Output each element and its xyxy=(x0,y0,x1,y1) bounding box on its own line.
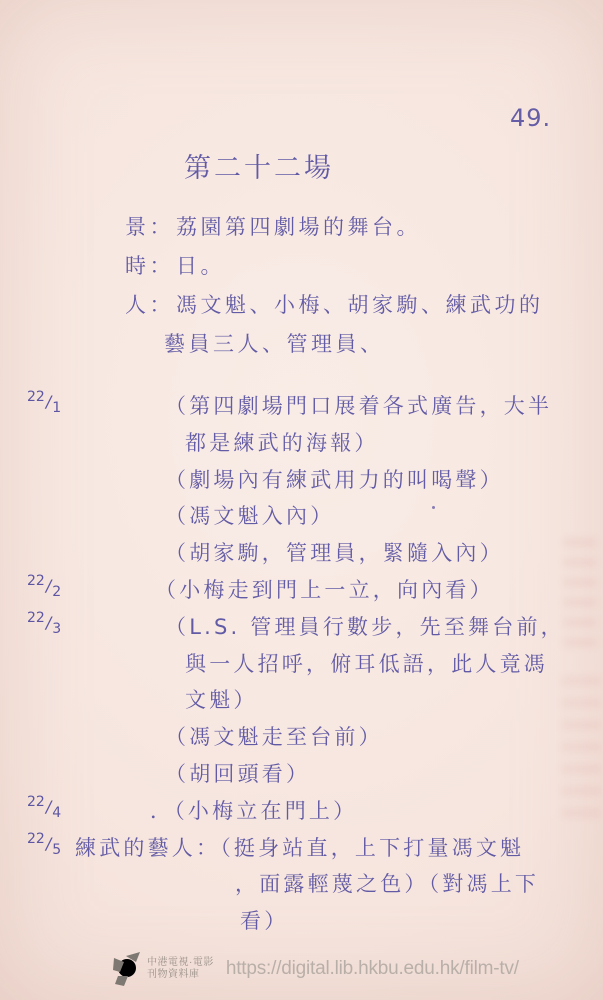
scene-title: 第二十二場 xyxy=(184,146,334,185)
direction-text: （胡家駒，管理員，緊隨入內） xyxy=(165,535,504,572)
scene-meta-line: 人：馮文魁、小梅、胡家駒、練武功的 xyxy=(125,286,573,325)
script-line: 22/2（小梅走到門上一立，向內看） xyxy=(0,572,603,609)
direction-text: 練武的藝人：（挺身站直，上下打量馮文魁 xyxy=(75,830,524,867)
direction-text: 看） xyxy=(240,903,288,940)
scene-directions: 22/1（第四劇場門口展着各式廣告，大半都是練武的海報）（劇場內有練武用力的叫喝… xyxy=(0,388,603,940)
direction-text: 文魁） xyxy=(185,682,258,719)
logo-caption-line1: 中港電視·電影 xyxy=(147,957,214,969)
script-line: 都是練武的海報） xyxy=(0,425,603,462)
meta-text: 日。 xyxy=(176,254,225,278)
shot-number: 22/1 xyxy=(27,379,61,427)
scene-meta-line: 藝員三人、管理員、 xyxy=(164,325,573,364)
shot-number: 22/5 xyxy=(27,821,61,869)
script-line: 22/3（L.S. 管理員行數步，先至舞台前， xyxy=(0,609,603,646)
logo-caption: 中港電視·電影 刊物資料庫 xyxy=(147,957,214,981)
meta-text: 藝員三人、管理員、 xyxy=(164,332,385,356)
shot-number: 22/3 xyxy=(27,600,61,648)
meta-text: 荔園第四劇場的舞台。 xyxy=(176,215,421,239)
logo-caption-line2: 刊物資料庫 xyxy=(147,969,214,981)
script-line: ，面露輕蔑之色）（對馮上下 xyxy=(0,866,603,903)
direction-text: （馮文魁入內） xyxy=(165,498,334,535)
script-page: 49. 第二十二場 景：荔園第四劇場的舞台。時：日。人：馮文魁、小梅、胡家駒、練… xyxy=(0,0,603,1000)
meta-label: 人： xyxy=(125,293,174,317)
script-line: （胡家駒，管理員，緊隨入內） xyxy=(0,535,603,572)
stray-ink-dot xyxy=(432,506,435,509)
script-line: （劇場內有練武用力的叫喝聲） xyxy=(0,462,603,499)
watermark-url: https://digital.lib.hkbu.edu.hk/film-tv/ xyxy=(226,958,519,980)
meta-label: 景： xyxy=(125,215,174,239)
scene-meta: 景：荔園第四劇場的舞台。時：日。人：馮文魁、小梅、胡家駒、練武功的藝員三人、管理… xyxy=(125,208,573,364)
scene-meta-line: 時：日。 xyxy=(125,247,573,286)
direction-text: ，面露輕蔑之色）（對馮上下 xyxy=(235,866,539,903)
direction-text: （小梅走到門上一立，向內看） xyxy=(155,572,494,609)
script-line: 文魁） xyxy=(0,682,603,719)
script-line: 22/4．（小梅立在門上） xyxy=(0,793,603,830)
script-line: 22/1（第四劇場門口展着各式廣告，大半 xyxy=(0,388,603,425)
script-line: （馮文魁走至台前） xyxy=(0,719,603,756)
script-line: （胡回頭看） xyxy=(0,756,603,793)
direction-text: （胡回頭看） xyxy=(165,756,310,793)
direction-text: ．（小梅立在門上） xyxy=(150,793,357,830)
direction-text: （劇場內有練武用力的叫喝聲） xyxy=(165,462,504,499)
meta-label: 時： xyxy=(125,254,174,278)
direction-text: 與一人招呼，俯耳低語，此人竟馮 xyxy=(185,646,548,683)
direction-text: （馮文魁走至台前） xyxy=(165,719,383,756)
direction-text: （L.S. 管理員行數步，先至舞台前， xyxy=(165,609,565,646)
scene-meta-line: 景：荔園第四劇場的舞台。 xyxy=(125,208,573,247)
script-line: 看） xyxy=(0,903,603,940)
direction-text: （第四劇場門口展着各式廣告，大半 xyxy=(165,388,552,425)
watermark-footer: 中港電視·電影 刊物資料庫 https://digital.lib.hkbu.e… xyxy=(112,950,519,988)
film-camera-logo-icon xyxy=(112,950,142,988)
page-number: 49. xyxy=(510,104,551,132)
script-line: 22/5練武的藝人：（挺身站直，上下打量馮文魁 xyxy=(0,830,603,867)
script-line: （馮文魁入內） xyxy=(0,498,603,535)
direction-text: 都是練武的海報） xyxy=(185,425,379,462)
script-line: 與一人招呼，俯耳低語，此人竟馮 xyxy=(0,646,603,683)
meta-text: 馮文魁、小梅、胡家駒、練武功的 xyxy=(176,293,544,317)
